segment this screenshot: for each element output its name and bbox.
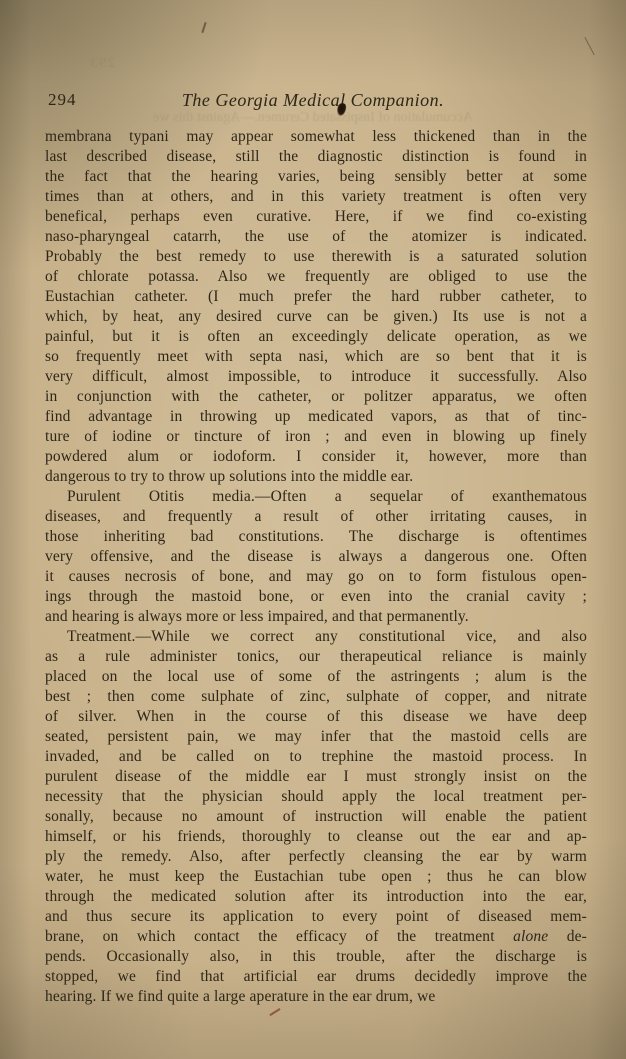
page-header: 294 The Georgia Medical Companion. — [0, 90, 626, 116]
text-line: membrana typani may appear somewhat less… — [45, 127, 587, 147]
text-line: powdered alum or iodoform. I consider it… — [45, 447, 587, 467]
page-body: membrana typani may appear somewhat less… — [45, 127, 587, 1007]
text-line: brane, on which contact the efficacy of … — [45, 927, 587, 947]
text-line: diseases, and frequently a result of oth… — [45, 507, 587, 527]
text-line: Probably the best remedy to use therewit… — [45, 247, 587, 267]
text-line: best ; then come sulphate of zinc, sulph… — [45, 687, 587, 707]
text-line: placed on the local use of some of the a… — [45, 667, 587, 687]
text-line: in conjunction with the catheter, or pol… — [45, 387, 587, 407]
hair-scratch-mark — [584, 37, 595, 55]
text-line: Purulent Otitis media.—Often a sequelar … — [45, 487, 587, 507]
text-line: last described disease, still the diagno… — [45, 147, 587, 167]
text-line: dangerous to try to throw up solutions i… — [45, 467, 587, 487]
text-line: the fact that the hearing varies, being … — [45, 167, 587, 187]
bleedthrough-page-number: 293 — [55, 55, 115, 72]
text-line: times than at others, and in this variet… — [45, 187, 587, 207]
text-line: invaded, and be called on to trephine th… — [45, 747, 587, 767]
text-line: himself, or his friends, thoroughly to c… — [45, 827, 587, 847]
text-line: benefical, perhaps even curative. Here, … — [45, 207, 587, 227]
text-line: water, he must keep the Eustachian tube … — [45, 867, 587, 887]
text-line: Eustachian catheter. (I much prefer the … — [45, 287, 587, 307]
pen-slash-mark — [201, 22, 206, 33]
text-line: which, by heat, any desired curve can be… — [45, 307, 587, 327]
paragraph-3: Treatment.—While we correct any constitu… — [45, 627, 587, 1007]
text-line: of silver. When in the course of this di… — [45, 707, 587, 727]
running-title: The Georgia Medical Companion. — [0, 90, 626, 111]
text-line: as a rule administer tonics, our therape… — [45, 647, 587, 667]
text-line: ture of iodine or tincture of iron ; and… — [45, 427, 587, 447]
text-line: those inheriting bad constitutions. The … — [45, 527, 587, 547]
text-line: hearing. If we find quite a large aperat… — [45, 987, 587, 1007]
paragraph-2: Purulent Otitis media.—Often a sequelar … — [45, 487, 587, 627]
text-line: Treatment.—While we correct any constitu… — [45, 627, 587, 647]
text-line: necessity that the physician should appl… — [45, 787, 587, 807]
text-line: purulent disease of the middle ear I mus… — [45, 767, 587, 787]
text-line: very difficult, almost impossible, to in… — [45, 367, 587, 387]
text-line: naso-pharyngeal catarrh, the use of the … — [45, 227, 587, 247]
text-line: ply the remedy. Also, after perfectly cl… — [45, 847, 587, 867]
text-line: and hearing is always more or less impai… — [45, 607, 587, 627]
text-line: seated, persistent pain, we may infer th… — [45, 727, 587, 747]
text-line: pends. Occasionally also, in this troubl… — [45, 947, 587, 967]
text-line: of chlorate potassa. Also we frequently … — [45, 267, 587, 287]
text-line: very offensive, and the disease is alway… — [45, 547, 587, 567]
text-line: find advantage in throwing up medicated … — [45, 407, 587, 427]
paragraph-1: membrana typani may appear somewhat less… — [45, 127, 587, 487]
text-line: and thus secure its application to every… — [45, 907, 587, 927]
red-slash-mark — [269, 1008, 280, 1016]
text-line: painful, but it is often an exceedingly … — [45, 327, 587, 347]
text-line: ings through the mastoid bone, or even i… — [45, 587, 587, 607]
text-line: so frequently meet with septa nasi, whic… — [45, 347, 587, 367]
text-line: sonally, because no amount of instructio… — [45, 807, 587, 827]
book-page-scan: 293 Accumulation of Inspissated Cerumen.… — [0, 0, 626, 1059]
text-line: through the medicated solution after its… — [45, 887, 587, 907]
text-line: it causes necrosis of bone, and may go o… — [45, 567, 587, 587]
text-line: stopped, we find that artificial ear dru… — [45, 967, 587, 987]
